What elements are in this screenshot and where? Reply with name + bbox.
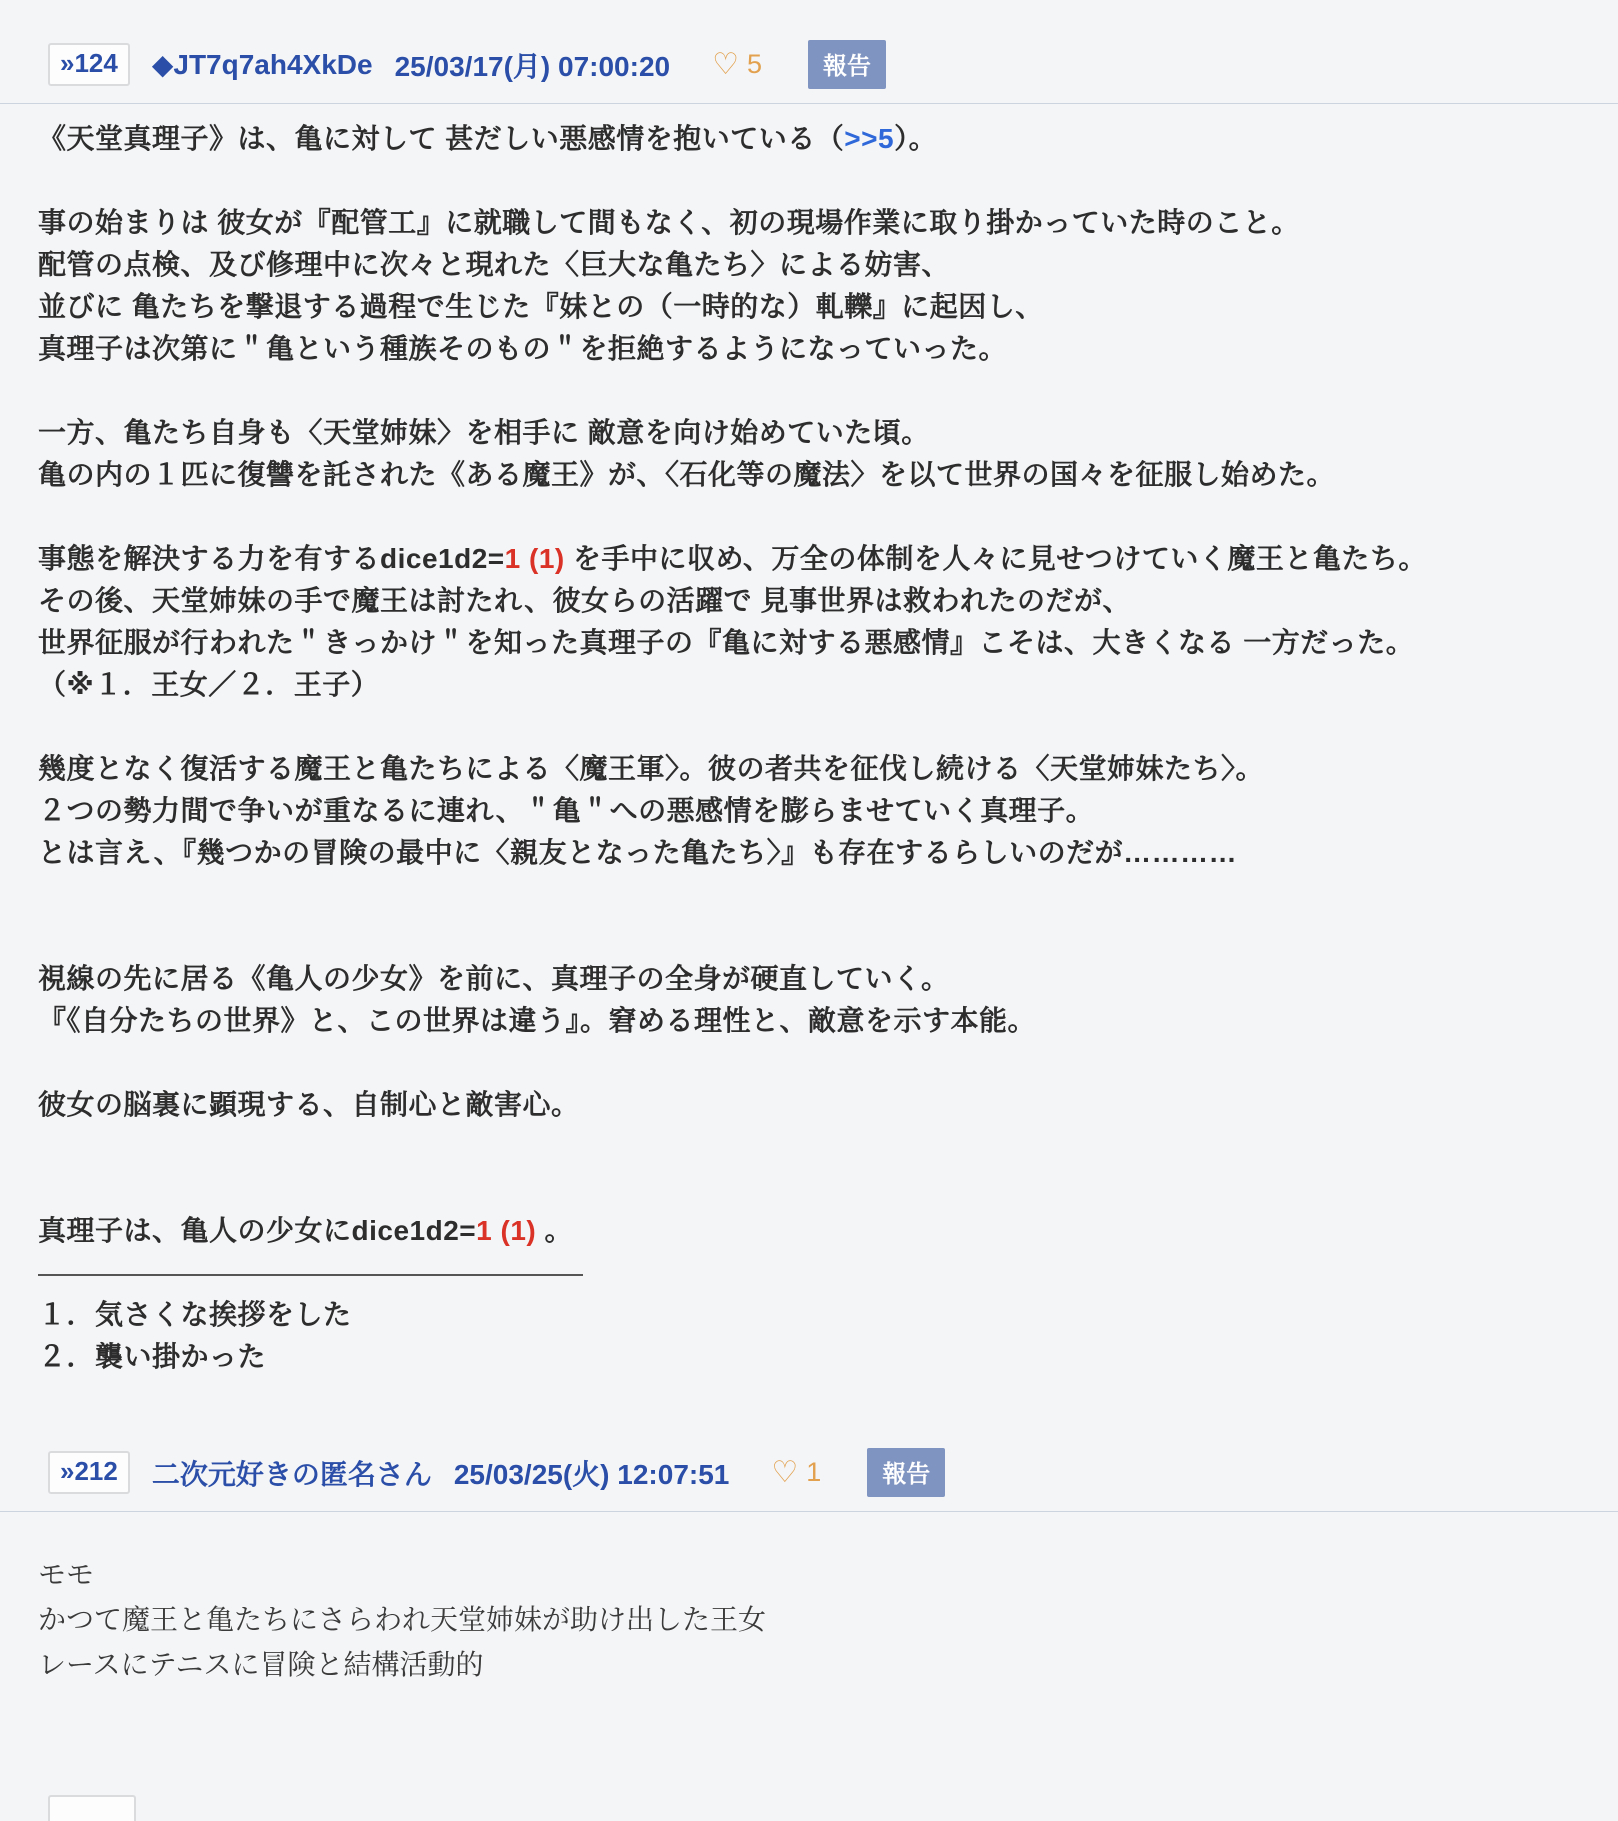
heart-icon: ♡ [712,50,739,80]
thread-page: »124◆JT7q7ah4XkDe25/03/17(月) 07:00:20♡5報… [0,0,1618,1821]
post-number-badge[interactable]: »124 [48,43,130,86]
text-segment: とは言え、『幾つかの冒険の最中に〈親友となった亀たち〉』も存在するらしいのだが…… [38,837,1237,868]
post-text-line: その後、天堂姉妹の手で魔王は討たれ、彼女らの活躍で 見事世界は救われたのだが、 [38,580,1588,622]
post-text-line: 亀の内の１匹に復讐を託された《ある魔王》が、〈石化等の魔法〉を以て世界の国々を征… [38,454,1588,496]
post-text-line: ２つの勢力間で争いが重なるに連れ、＂亀＂への悪感情を膨らませていく真理子。 [38,790,1588,832]
blank-line [38,370,1588,412]
blank-line [38,1126,1588,1168]
post-header: »212二次元好きの匿名さん25/03/25(火) 12:07:51♡1報告 [48,1448,1618,1511]
anchor-link[interactable]: >>5 [844,123,894,154]
post-text-line: 配管の点検、及び修理中に次々と現れた〈巨大な亀たち〉による妨害、 [38,244,1588,286]
like-button[interactable]: ♡5 [712,49,762,80]
text-segment: 事の始まりは 彼女が『配管工』に就職して間もなく、初の現場作業に取り掛かっていた… [38,207,1300,238]
text-segment: レースにテニスに冒険と結構活動的 [38,1649,483,1680]
post-header-rule: »124◆JT7q7ah4XkDe25/03/17(月) 07:00:20♡5報… [0,40,1618,104]
blank-line [38,916,1588,958]
blank-line [38,1168,1588,1210]
text-segment: かつて魔王と亀たちにさらわれ天堂姉妹が助け出した王女 [38,1604,766,1635]
text-segment: を手中に収め、万全の体制を人々に見せつけていく魔王と亀たち。 [565,543,1427,574]
divider-line [38,1252,583,1294]
blank-line [38,496,1588,538]
text-segment: モモ [38,1559,94,1590]
post-text-line: かつて魔王と亀たちにさらわれ天堂姉妹が助け出した王女 [38,1597,1588,1642]
text-segment: 一方、亀たち自身も〈天堂姉妹〉を相手に 敵意を向け始めていた頃。 [38,417,930,448]
post-text-line: 事の始まりは 彼女が『配管工』に就職して間もなく、初の現場作業に取り掛かっていた… [38,202,1588,244]
post-text-line: 彼女の脳裏に顕現する、自制心と敵害心。 [38,1084,1588,1126]
text-segment: 幾度となく復活する魔王と亀たちによる〈魔王軍〉。彼の者共を征伐し続ける〈天堂姉妹… [38,753,1264,784]
post-text-line: 視線の先に居る《亀人の少女》を前に、真理子の全身が硬直していく。 [38,958,1588,1000]
like-count: 1 [806,1457,821,1488]
text-segment: 亀の内の１匹に復讐を託された《ある魔王》が、〈石化等の魔法〉を以て世界の国々を征… [38,459,1335,490]
post-text-line: 『《自分たちの世界》と、この世界は違う』。窘める理性と、敵意を示す本能。 [38,1000,1588,1042]
post-header: »124◆JT7q7ah4XkDe25/03/17(月) 07:00:20♡5報… [48,40,1618,103]
dice-result: 1 (1) [505,543,565,574]
text-segment: ２つの勢力間で争いが重なるに連れ、＂亀＂への悪感情を膨らませていく真理子。 [38,795,1094,826]
post-text-line: １．気さくな挨拶をした [38,1294,1588,1336]
text-segment: ２．襲い掛かった [38,1341,266,1372]
post-text-line: 真理子は次第に＂亀という種族そのもの＂を拒絶するようになっていった。 [38,328,1588,370]
post-text-line: とは言え、『幾つかの冒険の最中に〈親友となった亀たち〉』も存在するらしいのだが…… [38,832,1588,874]
text-segment: 。 [536,1215,573,1246]
text-segment: （※１．王女／２．王子） [38,669,379,700]
post-author[interactable]: ◆JT7q7ah4XkDe [152,48,373,81]
blank-line [38,160,1588,202]
post-text-line: 並びに 亀たちを撃退する過程で生じた『妹との（一時的な）軋轢』に起因し、 [38,286,1588,328]
text-segment: 真理子は、亀人の少女にdice1d2= [38,1215,476,1246]
text-segment: ）。 [894,123,937,154]
post-text-line: 事態を解決する力を有するdice1d2=1 (1) を手中に収め、万全の体制を人… [38,538,1588,580]
post-text-line: レースにテニスに冒険と結構活動的 [38,1642,1588,1687]
heart-icon: ♡ [771,1458,798,1488]
text-segment: 事態を解決する力を有するdice1d2= [38,543,505,574]
post-text-line: 幾度となく復活する魔王と亀たちによる〈魔王軍〉。彼の者共を征伐し続ける〈天堂姉妹… [38,748,1588,790]
post-text-line: 一方、亀たち自身も〈天堂姉妹〉を相手に 敵意を向け始めていた頃。 [38,412,1588,454]
post: »212二次元好きの匿名さん25/03/25(火) 12:07:51♡1報告モモ… [0,1448,1618,1687]
blank-line [38,706,1588,748]
post: »124◆JT7q7ah4XkDe25/03/17(月) 07:00:20♡5報… [0,40,1618,1378]
post-body: モモかつて魔王と亀たちにさらわれ天堂姉妹が助け出した王女レースにテニスに冒険と結… [38,1552,1588,1687]
post-author[interactable]: 二次元好きの匿名さん [152,1453,432,1493]
like-button[interactable]: ♡1 [771,1457,821,1488]
blank-line [38,874,1588,916]
post-text-line: 真理子は、亀人の少女にdice1d2=1 (1) 。 [38,1210,1588,1252]
blank-line [38,1042,1588,1084]
post-text-line: ２．襲い掛かった [38,1336,1588,1378]
text-segment: 『《自分たちの世界》と、この世界は違う』。窘める理性と、敵意を示す本能。 [38,1005,1036,1036]
next-post-number-badge-partial[interactable] [48,1795,136,1821]
text-segment: 視線の先に居る《亀人の少女》を前に、真理子の全身が硬直していく。 [38,963,949,994]
post-body: 《天堂真理子》は、亀に対して 甚だしい悪感情を抱いている（>>5）。事の始まりは… [38,118,1588,1378]
text-segment: その後、天堂姉妹の手で魔王は討たれ、彼女らの活躍で 見事世界は救われたのだが、 [38,585,1131,616]
post-text-line: 《天堂真理子》は、亀に対して 甚だしい悪感情を抱いている（>>5）。 [38,118,1588,160]
post-number-badge[interactable]: »212 [48,1451,130,1494]
text-segment: 真理子は次第に＂亀という種族そのもの＂を拒絶するようになっていった。 [38,333,1007,364]
dice-result: 1 (1) [476,1215,536,1246]
post-text-line: 世界征服が行われた＂きっかけ＂を知った真理子の『亀に対する悪感情』こそは、大きく… [38,622,1588,664]
text-segment: １．気さくな挨拶をした [38,1299,352,1330]
posts-container: »124◆JT7q7ah4XkDe25/03/17(月) 07:00:20♡5報… [0,40,1618,1687]
text-segment: 《天堂真理子》は、亀に対して 甚だしい悪感情を抱いている（ [38,123,844,154]
post-header-rule: »212二次元好きの匿名さん25/03/25(火) 12:07:51♡1報告 [0,1448,1618,1512]
text-segment: 配管の点検、及び修理中に次々と現れた〈巨大な亀たち〉による妨害、 [38,249,950,280]
report-button[interactable]: 報告 [808,40,886,89]
post-text-line: （※１．王女／２．王子） [38,664,1588,706]
post-date: 25/03/25(火) 12:07:51 [454,1453,730,1493]
report-button[interactable]: 報告 [867,1448,945,1497]
like-count: 5 [747,49,762,80]
text-segment: 彼女の脳裏に顕現する、自制心と敵害心。 [38,1089,580,1120]
text-segment: 世界征服が行われた＂きっかけ＂を知った真理子の『亀に対する悪感情』こそは、大きく… [38,627,1414,658]
post-text-line: モモ [38,1552,1588,1597]
text-segment: 並びに 亀たちを撃退する過程で生じた『妹との（一時的な）軋轢』に起因し、 [38,291,1044,322]
post-date: 25/03/17(月) 07:00:20 [395,45,671,85]
